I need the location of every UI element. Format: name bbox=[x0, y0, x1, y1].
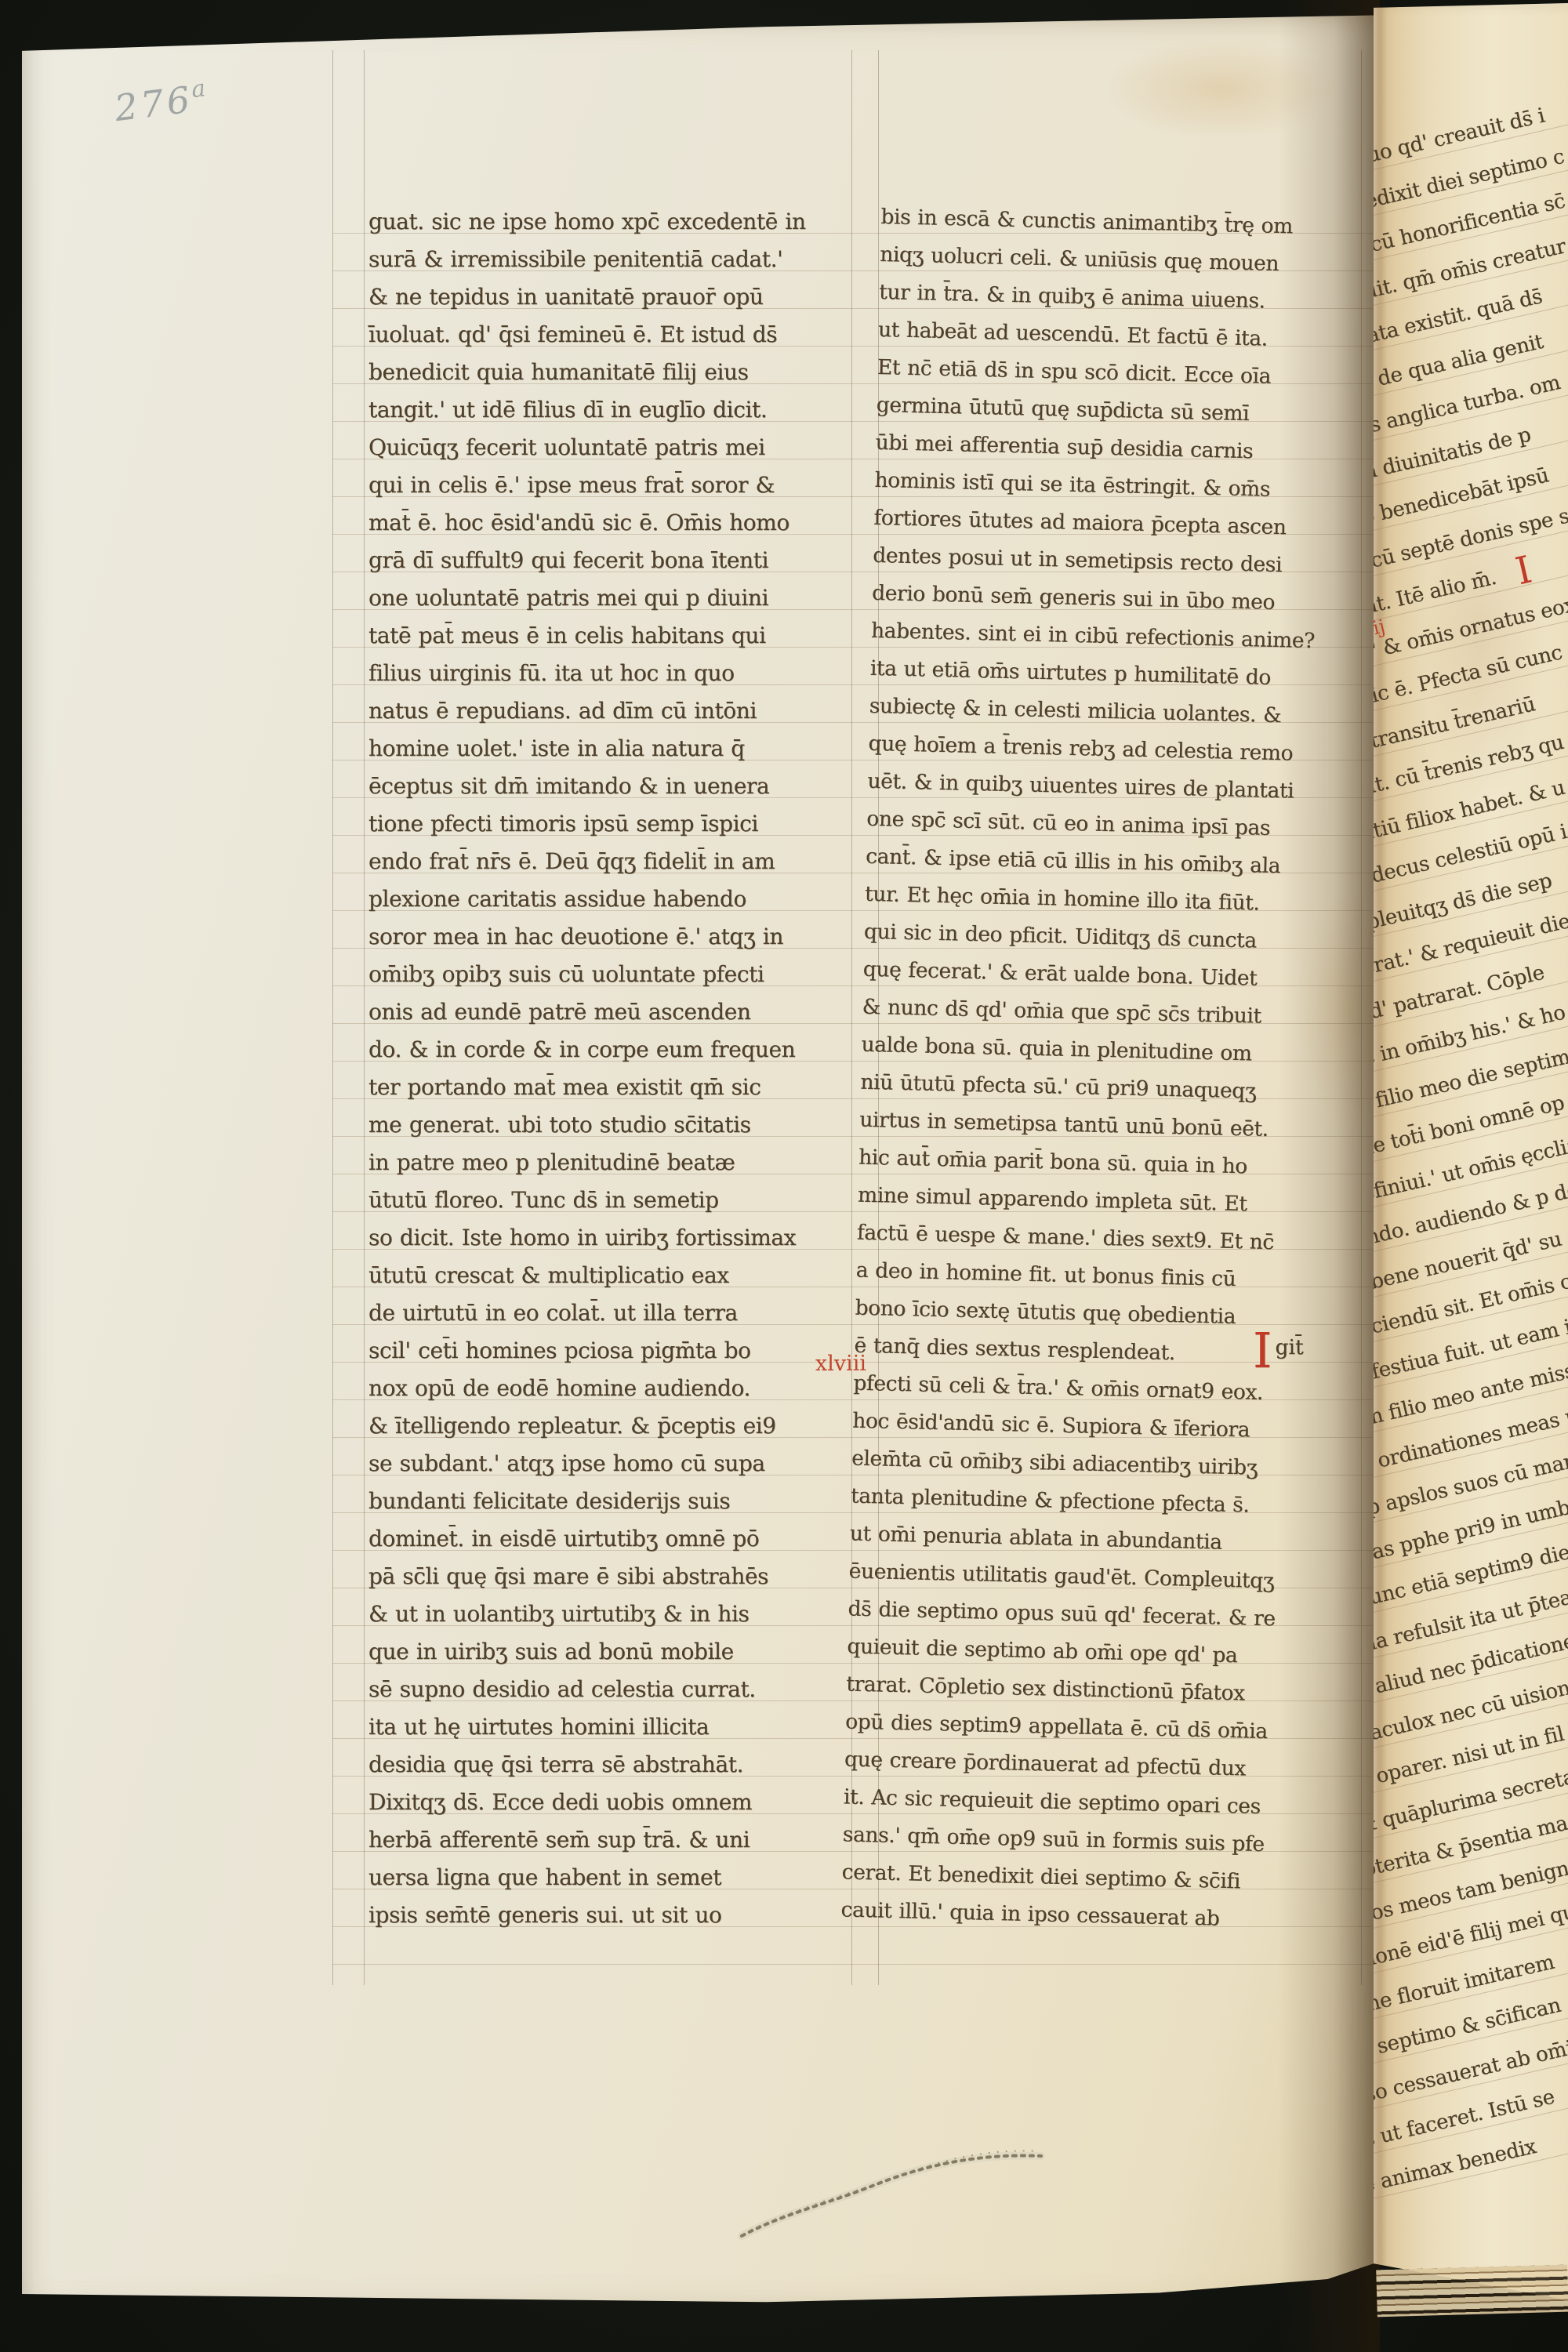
text-line: dominet̄. in eisdē uirtutibʒ omnē pō bbox=[368, 1521, 759, 1559]
text-line: tatē pat̄ meus ē in celis habitans qui bbox=[368, 618, 766, 655]
text-line: se subdant.' atqʒ ipse homo cū supa bbox=[368, 1446, 765, 1483]
text-line: pā sc̄li quę q̄si mare ē sibi abstrahēs bbox=[368, 1559, 768, 1596]
chapter-number-fragment: ij bbox=[1374, 615, 1388, 644]
text-line: ter portando mat̄ mea existit qm̄ sic bbox=[368, 1069, 760, 1107]
text-line: surā & irremissibile penitentiā cadat.' bbox=[368, 241, 782, 279]
text-line: sē supno desidio ad celestia currat. bbox=[368, 1671, 756, 1709]
text-line: homine uolet.' iste in alia natura q̄ bbox=[368, 731, 745, 768]
photo-background: { "manuscript": { "folio_number": "276",… bbox=[0, 0, 1568, 2352]
rubric-initial-continuation: git̄ bbox=[1276, 1328, 1304, 1367]
text-line: om̄ibʒ opibʒ suis cū uoluntate pfecti bbox=[368, 956, 764, 994]
text-line: ipsis sem̄tē generis sui. ut sit uo bbox=[368, 1897, 722, 1935]
text-line: onis ad eundē patrē meū ascenden bbox=[368, 994, 751, 1032]
vertical-ruling-line bbox=[332, 50, 333, 1985]
text-line: ūtutū floreo. Tunc ds̄ in semetip bbox=[368, 1182, 719, 1220]
text-line: īuoluat. qd' q̄si femineū ē. Et istud ds… bbox=[368, 317, 777, 354]
text-line: soror mea in hac deuotione ē.' atqʒ in bbox=[368, 919, 783, 956]
text-line: Dixitqʒ ds̄. Ecce dedi uobis omnem bbox=[368, 1784, 752, 1822]
text-line: & ne tepidus in uanitatē prauor̄ opū bbox=[368, 279, 764, 317]
text-line: de uirtutū in eo colat̄. ut illa terra bbox=[368, 1295, 738, 1333]
text-line: Quicūqʒ fecerit uoluntatē patris mei bbox=[368, 430, 765, 467]
text-line: ūtutū crescat & multiplicatio eax bbox=[368, 1258, 729, 1295]
text-line: endo frat̄ nr̄s ē. Deū q̄qʒ fidelit̄ in … bbox=[368, 844, 775, 881]
text-line: tione pfecti timoris ipsū semp īspici bbox=[368, 806, 758, 844]
text-line: que in uiribʒ suis ad bonū mobile bbox=[368, 1634, 734, 1671]
text-line: bundanti felicitate desiderijs suis bbox=[368, 1483, 730, 1521]
folio-number: 276 bbox=[112, 78, 195, 129]
facing-page-edge: om̄i ope suo qd' creauit ds̄ iDeus bened… bbox=[1374, 3, 1568, 2300]
text-line: filius uirginis fū. ita ut hoc in quo bbox=[368, 655, 735, 693]
vertical-ruling-line bbox=[1361, 50, 1362, 1985]
parchment-stain bbox=[1104, 38, 1339, 140]
folio-suffix: a bbox=[190, 74, 210, 103]
text-line: one uoluntatē patris mei qui p diuini bbox=[368, 580, 768, 618]
text-line: guat. sic ne ipse homo xpc̄ excedentē in bbox=[368, 204, 806, 241]
parchment-scar bbox=[728, 2126, 1065, 2259]
text-line: benedicit quia humanitatē filij eius bbox=[368, 354, 749, 392]
folio-number-pencil: 276a bbox=[112, 74, 212, 129]
text-line: uersa ligna que habent in semet bbox=[368, 1860, 721, 1897]
text-line: & ītelligendo repleatur. & p̄ceptis ei9 bbox=[368, 1408, 776, 1446]
text-line: mat̄ ē. hoc ēsid'andū sic ē. Om̄is homo bbox=[368, 505, 789, 543]
text-line: grā dī suffult9 qui fecerit bona ītenti bbox=[368, 543, 768, 580]
text-line: qui in celis ē.' ipse meus frat̄ soror & bbox=[368, 467, 775, 505]
page-stack-edges bbox=[1376, 2265, 1568, 2318]
text-line: tangit.' ut idē filius dī in euglīo dici… bbox=[368, 392, 767, 430]
text-line: scil' cet̄i homines pciosa pigm̄ta bo bbox=[368, 1333, 751, 1370]
vertical-ruling-line bbox=[364, 50, 365, 1985]
text-line: & ut in uolantibʒ uirtutibʒ & in his bbox=[368, 1596, 749, 1634]
rubric-initial-group: I git̄ bbox=[1253, 1328, 1304, 1374]
chapter-number-marginal: xlviii bbox=[815, 1352, 866, 1376]
text-line: me generat. ubi toto studio sc̄itatis bbox=[368, 1107, 751, 1145]
text-line: herbā afferentē sem̄ sup t̄rā. & uni bbox=[368, 1822, 750, 1860]
text-line: plexione caritatis assidue habendo bbox=[368, 881, 746, 919]
text-line: nox opū de eodē homine audiendo. bbox=[368, 1370, 750, 1408]
text-line: desidia quę q̄si terra sē abstrahāt. bbox=[368, 1747, 743, 1784]
text-line: do. & in corde & in corpe eum frequen bbox=[368, 1032, 795, 1069]
rubric-initial-I: I bbox=[1253, 1328, 1272, 1374]
text-line: natus ē repudians. ad dīm cū intōni bbox=[368, 693, 757, 731]
text-line: ita ut hę uirtutes homini illicita bbox=[368, 1709, 709, 1747]
text-line: ēceptus sit dm̄ imitando & in uenera bbox=[368, 768, 769, 806]
text-line: in patre meo p plenitudinē beatæ bbox=[368, 1145, 735, 1182]
text-line: so dicit. Iste homo in uiribʒ fortissima… bbox=[368, 1220, 796, 1258]
